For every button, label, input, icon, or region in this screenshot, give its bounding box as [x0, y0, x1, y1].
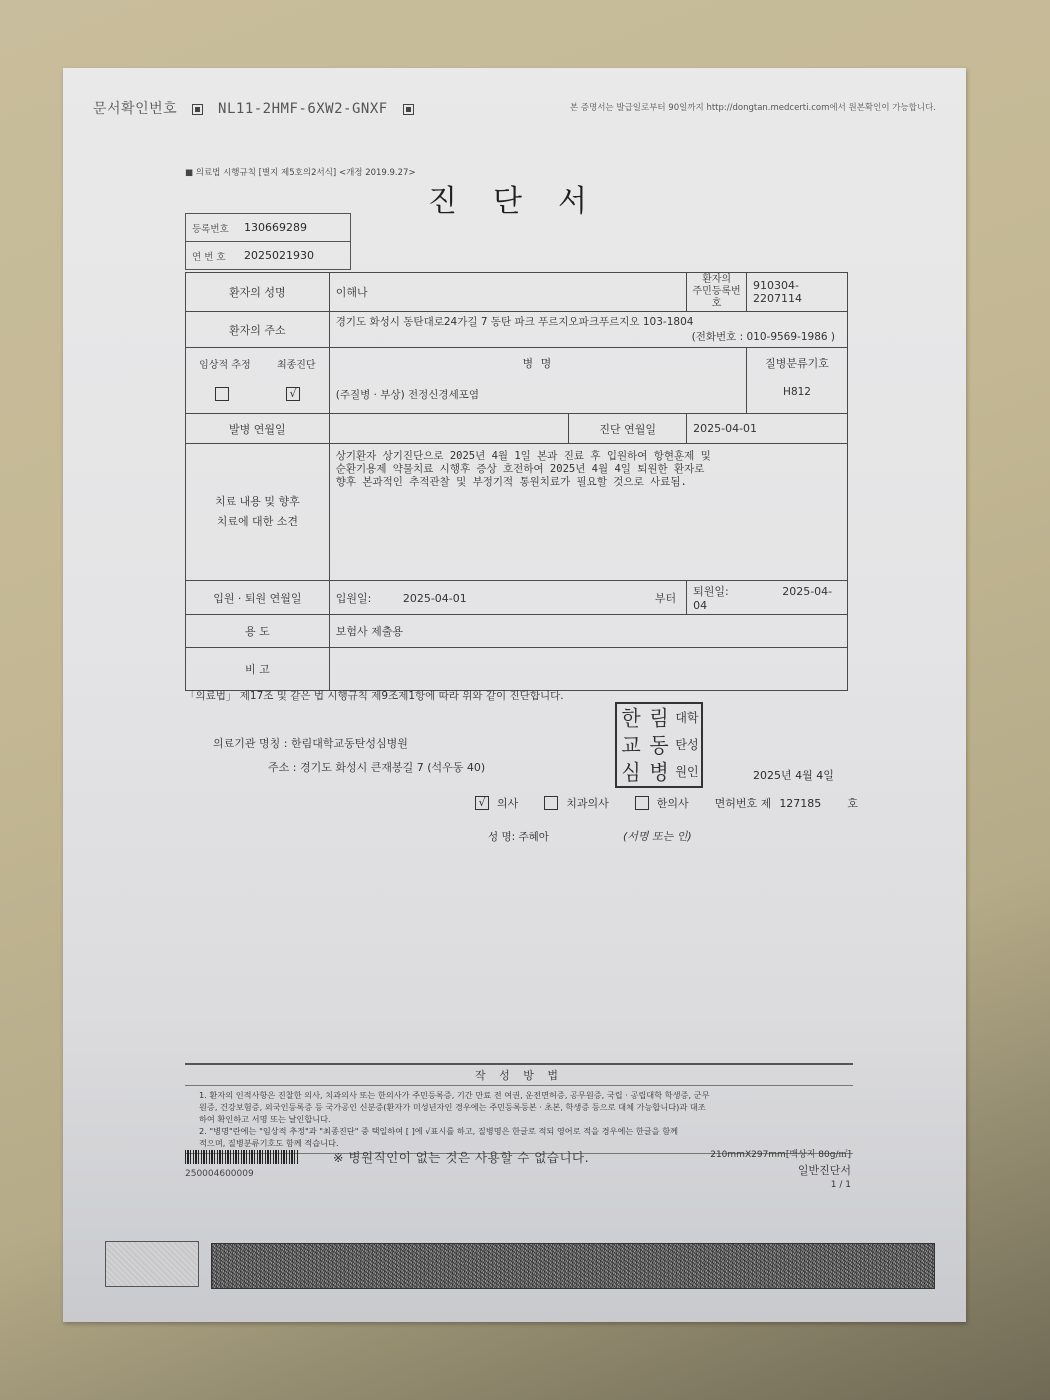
institution-address: 경기도 화성시 큰재봉길 7 (석우동 40) [300, 761, 485, 774]
opinion-label: 치료 내용 및 향후 치료에 대한 소견 [186, 444, 330, 581]
institution-address-line: 주소 : 경기도 화성시 큰재봉길 7 (석우동 40) [268, 759, 485, 775]
patient-name-label: 환자의 성명 [186, 273, 330, 312]
square-marker-icon [403, 104, 414, 115]
doctor-label: 의사 [497, 795, 518, 811]
seal-char: 한 [617, 707, 645, 728]
rrn-label-line2: 주민등록번호 [688, 286, 745, 310]
patient-address: 경기도 화성시 동탄대로24가길 7 동탄 파크 푸르지오파크푸르지오 103-… [336, 315, 841, 330]
doc-confirm-label: 문서확인번호 [93, 101, 177, 117]
serial-number-label: 연 번 호 [192, 249, 244, 263]
disease-header: 병 명 [330, 355, 746, 371]
hospital-seal-stamp: 한 림 대학 교 동 탄성 심 병 원인 [615, 702, 703, 788]
page-number: 1 / 1 [710, 1178, 851, 1193]
dentist-label: 치과의사 [566, 795, 609, 811]
patient-name-row: 환자의 성명 이해나 환자의 주민등록번호 910304-2207114 [186, 273, 848, 312]
patient-phone: (전화번호 : 010-9569-1986 ) [336, 330, 841, 345]
seal-required-notice: ※ 병원직인이 없는 것은 사용할 수 없습니다. [333, 1148, 589, 1166]
disease-name: (주질병 · 부상) 전정신경세포염 [336, 387, 746, 402]
document-confirm-id: 문서확인번호 NL11-2HMF-6XW2-GNXF [93, 98, 420, 118]
clinical-estimate-label: 임상적 추정 [199, 356, 250, 371]
dentist-checkbox[interactable] [544, 796, 558, 810]
institution-name-line: 의료기관 명칭 : 한림대학교동탄성심병원 [213, 735, 408, 751]
opinion-line: 순환기용제 약물치료 시행후 증상 호전하여 2025년 4월 4일 퇴원한 환… [336, 463, 841, 476]
license-line: √ 의사 치과의사 한의사 면허번호 제 127185 호 [475, 795, 858, 811]
opinion-line: 상기환자 상기진단으로 2025년 4월 1일 본과 진료 후 입원하여 항현훈… [336, 450, 841, 463]
onset-date-label: 발병 연월일 [186, 414, 330, 444]
doc-confirm-number: NL11-2HMF-6XW2-GNXF [218, 101, 388, 117]
diagnosis-date-label: 진단 연월일 [569, 414, 687, 444]
final-diagnosis-checkbox[interactable]: √ [286, 387, 300, 401]
doctor-checkbox[interactable]: √ [475, 796, 489, 810]
diagnosis-date: 2025-04-01 [687, 414, 848, 444]
diagnosis-table: 환자의 성명 이해나 환자의 주민등록번호 910304-2207114 환자의… [185, 272, 848, 691]
institution-name-label: 의료기관 명칭 : [213, 737, 291, 750]
instructions-box: 작 성 방 법 1. 환자의 인적사항은 진찰한 의사, 치과의사 또는 한의사… [185, 1063, 853, 1154]
license-number: 127185 [779, 797, 821, 810]
patient-rrn-label: 환자의 주민등록번호 [687, 273, 747, 312]
registration-box: 등록번호130669289 연 번 호2025021930 [185, 213, 351, 270]
security-seal-box [105, 1241, 199, 1287]
final-diagnosis-label: 최종진단 [277, 356, 316, 371]
instructions-items: 1. 환자의 인적사항은 진찰한 의사, 치과의사 또는 한의사가 주민등록증,… [185, 1086, 853, 1153]
onset-date [329, 414, 569, 444]
barcode [185, 1150, 299, 1164]
reg-number-label: 등록번호 [192, 221, 244, 235]
admit-date: 2025-04-01 [403, 592, 467, 605]
seal-char: 교 [617, 734, 645, 755]
paper-spec: 210mmX297mm[백상지 80g/㎡] [710, 1148, 851, 1163]
opinion-row: 치료 내용 및 향후 치료에 대한 소견 상기환자 상기진단으로 2025년 4… [186, 444, 848, 581]
signer-name: 주혜아 [519, 831, 549, 843]
diagnosis-certificate-paper: 문서확인번호 NL11-2HMF-6XW2-GNXF 본 증명서는 발급일로부터… [63, 68, 966, 1322]
instruction-item: 2. "병명"란에는 "임상적 추정"과 "최종진단" 중 택일하여 [ ]에 … [199, 1125, 845, 1137]
opinion-label-line1: 치료 내용 및 향후 [192, 492, 323, 512]
signature: (서명 또는 인) [623, 828, 692, 844]
discharge-cell: 퇴원일: 2025-04-04 [687, 581, 848, 615]
disease-code: H812 [747, 386, 847, 398]
reg-number: 130669289 [244, 221, 307, 234]
purpose-label: 용 도 [186, 615, 330, 648]
rrn-label-line1: 환자의 [688, 274, 745, 286]
instruction-item: 1. 환자의 인적사항은 진찰한 의사, 치과의사 또는 한의사가 주민등록증,… [199, 1089, 845, 1101]
admit-date-label: 입원일: [336, 592, 372, 605]
opinion-line: 향후 본과적인 추적관찰 및 부정기적 통원치료가 필요할 것으로 사료됨. [336, 476, 841, 489]
oriental-doctor-checkbox[interactable] [635, 796, 649, 810]
seal-char: 탄성 [673, 739, 701, 752]
form-reference: ■ 의료법 시행규칙 [별지 제5호의2서식] <개정 2019.9.27> [185, 166, 416, 178]
disease-row: 임상적 추정 최종진단 √ 병 명 (주질병 · 부상) 전정신경세포염 질병분… [186, 348, 848, 414]
discharge-date-label: 퇴원일: [693, 585, 729, 598]
issue-date: 2025년 4월 4일 [753, 767, 834, 783]
disease-code-cell: 질병분류기호 H812 [747, 348, 848, 414]
anti-copy-2d-code [211, 1243, 935, 1289]
from-label: 부터 [655, 590, 676, 606]
page-title: 진단서 [428, 176, 623, 220]
seal-char: 동 [645, 734, 673, 755]
patient-name: 이해나 [329, 273, 686, 312]
disease-code-header: 질병분류기호 [747, 355, 847, 371]
serial-number: 2025021930 [244, 249, 314, 262]
admission-cell: 입원일: 2025-04-01 부터 [329, 581, 686, 615]
signer-label: 성 명: [488, 831, 519, 843]
admission-label: 입원 · 퇴원 연월일 [186, 581, 330, 615]
paper-spec-block: 210mmX297mm[백상지 80g/㎡] 일반진단서 1 / 1 [710, 1148, 851, 1193]
license-suffix: 호 [847, 795, 858, 811]
signer-line: 성 명: 주혜아 [488, 829, 549, 844]
purpose-row: 용 도 보험사 제출용 [186, 615, 848, 648]
opinion-text: 상기환자 상기진단으로 2025년 4월 1일 본과 진료 후 입원하여 항현훈… [329, 444, 847, 581]
dates-row: 발병 연월일 진단 연월일 2025-04-01 [186, 414, 848, 444]
instruction-item: 원증, 건강보험증, 외국인등록증 등 국가공인 신분증(환자가 미성년자인 경… [199, 1101, 845, 1113]
institution-name: 한림대학교동탄성심병원 [291, 737, 408, 750]
attestation-statement: 「의료법」 제17조 및 같은 법 시행규칙 제9조제1항에 따라 위와 같이 … [185, 688, 564, 703]
remarks-row: 비 고 [186, 648, 848, 691]
diagnosis-type-cell: 임상적 추정 최종진단 √ [186, 348, 330, 414]
patient-rrn: 910304-2207114 [747, 273, 848, 312]
instructions-title: 작 성 방 법 [185, 1065, 853, 1086]
oriental-doctor-label: 한의사 [657, 795, 689, 811]
institution-address-label: 주소 : [268, 761, 300, 774]
patient-address-row: 환자의 주소 경기도 화성시 동탄대로24가길 7 동탄 파크 푸르지오파크푸르… [186, 312, 848, 348]
purpose-value: 보험사 제출용 [329, 615, 847, 648]
barcode-number: 250004600009 [185, 1169, 254, 1179]
remarks-label: 비 고 [186, 648, 330, 691]
patient-address-cell: 경기도 화성시 동탄대로24가길 7 동탄 파크 푸르지오파크푸르지오 103-… [329, 312, 847, 348]
remarks-value [329, 648, 847, 691]
seal-char: 병 [645, 762, 673, 783]
clinical-estimate-checkbox[interactable] [215, 387, 229, 401]
admission-row: 입원 · 퇴원 연월일 입원일: 2025-04-01 부터 퇴원일: 2025… [186, 581, 848, 615]
instruction-item: 하여 확인하고 서명 또는 날인합니다. [199, 1113, 845, 1125]
opinion-label-line2: 치료에 대한 소견 [192, 512, 323, 532]
verification-note: 본 증명서는 발급일로부터 90일까지 http://dongtan.medce… [570, 101, 936, 113]
seal-char: 대학 [673, 711, 701, 724]
disease-name-cell: 병 명 (주질병 · 부상) 전정신경세포염 [329, 348, 746, 414]
patient-address-label: 환자의 주소 [186, 312, 330, 348]
square-marker-icon [192, 104, 203, 115]
license-prefix: 면허번호 제 [715, 795, 772, 811]
seal-char: 심 [617, 762, 645, 783]
form-name: 일반진단서 [710, 1163, 851, 1178]
seal-char: 림 [645, 707, 673, 728]
seal-char: 원인 [673, 766, 701, 779]
